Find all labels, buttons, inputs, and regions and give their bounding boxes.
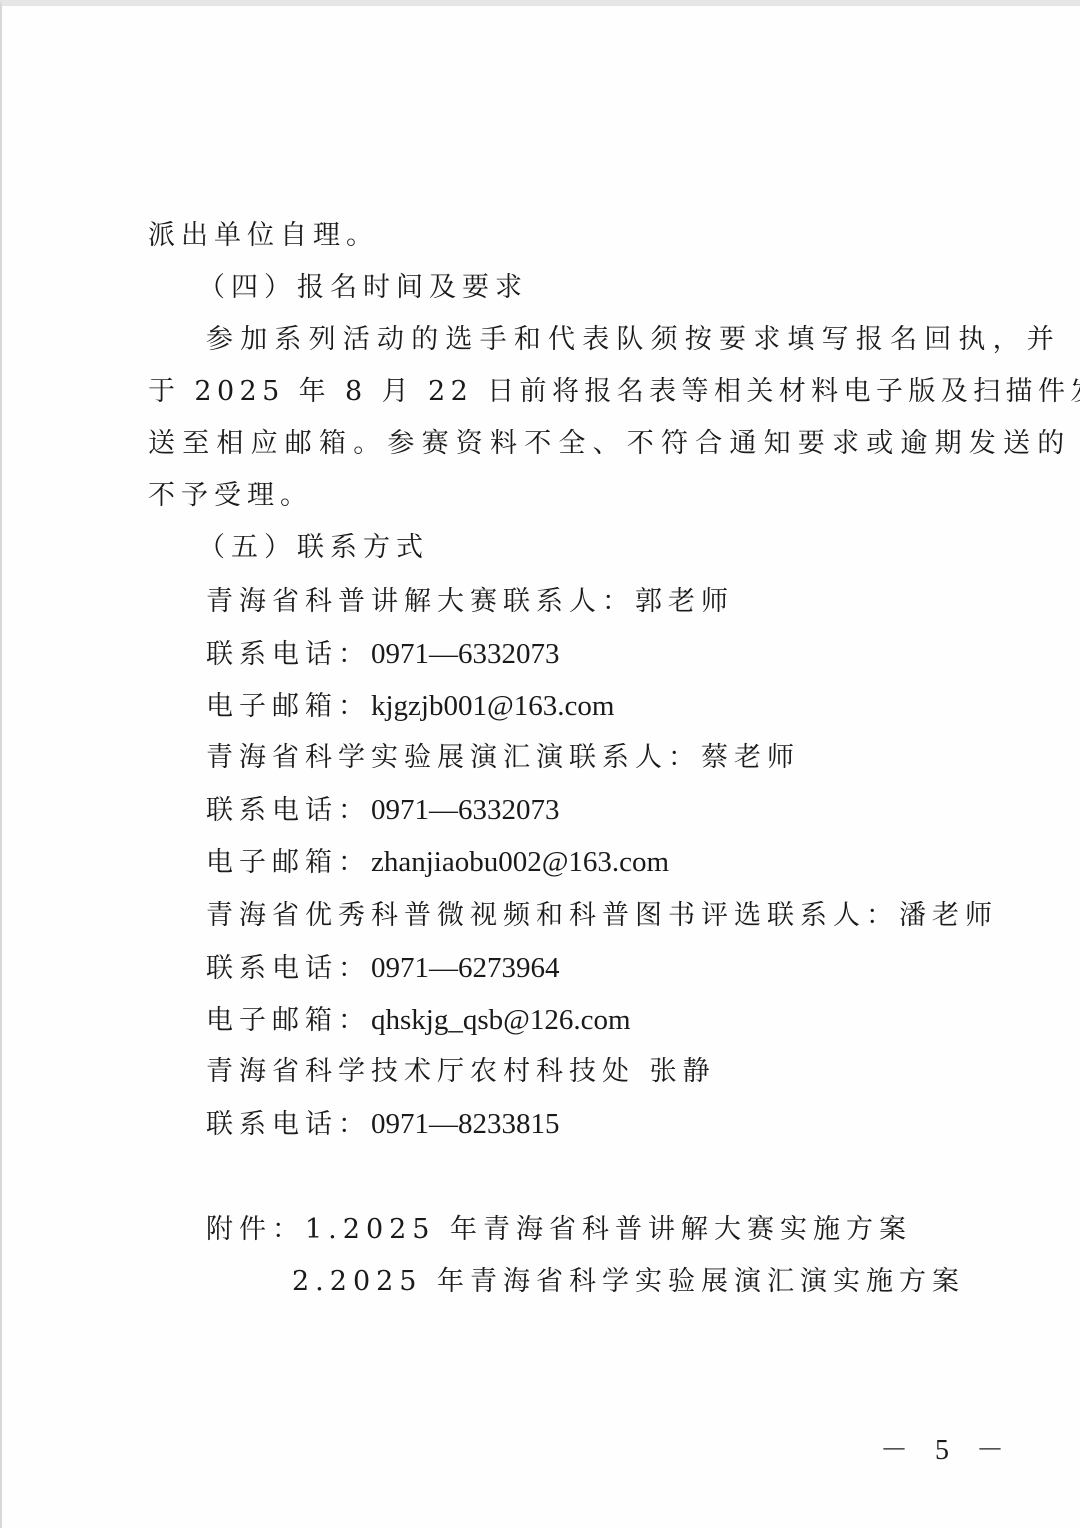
- contact-4-phone: 0971—8233815: [371, 1108, 560, 1140]
- contact-4-phone-label: 联系电话：: [206, 1109, 371, 1140]
- attachment-item-1: 1.2025 年青海省科普讲解大赛实施方案: [305, 1214, 912, 1245]
- attachment-item-2: 2.2025 年青海省科学实验展演汇演实施方案: [292, 1264, 965, 1300]
- section-4-paragraph-line-3: 送至相应邮箱。参赛资料不全、不符合通知要求或逾期发送的: [148, 426, 1071, 462]
- section-4-paragraph-line-4: 不予受理。: [148, 478, 313, 514]
- attachments-label: 附件：: [206, 1214, 305, 1245]
- contact-2-phone-row: 联系电话：0971—6332073: [206, 792, 560, 829]
- contact-1-email-row: 电子邮箱：kjgzjb001@163.com: [206, 688, 614, 725]
- contact-1-email: kjgzjb001@163.com: [371, 690, 614, 722]
- contact-1-email-label: 电子邮箱：: [206, 691, 371, 722]
- continuation-text: 派出单位自理。: [148, 218, 379, 254]
- contact-1-phone-label: 联系电话：: [206, 639, 371, 670]
- contact-1-label: 青海省科普讲解大赛联系人：郭老师: [206, 584, 734, 620]
- contact-1-phone-row: 联系电话：0971—6332073: [206, 636, 560, 673]
- contact-3-phone-row: 联系电话：0971—6273964: [206, 950, 560, 987]
- contact-3-phone: 0971—6273964: [371, 952, 560, 984]
- contact-3-email-label: 电子邮箱：: [206, 1005, 371, 1036]
- section-4-paragraph-line-2: 于 2025 年 8 月 22 日前将报名表等相关材料电子版及扫描件发: [148, 374, 1080, 410]
- contact-2-label: 青海省科学实验展演汇演联系人：蔡老师: [206, 740, 800, 776]
- section-4-heading: （四）报名时间及要求: [198, 270, 528, 306]
- contact-3-label: 青海省优秀科普微视频和科普图书评选联系人：潘老师: [206, 898, 998, 934]
- section-5-heading: （五）联系方式: [198, 530, 429, 566]
- contact-2-email-label: 电子邮箱：: [206, 847, 371, 878]
- contact-2-phone: 0971—6332073: [371, 794, 560, 826]
- section-4-paragraph-line-1: 参加系列活动的选手和代表队须按要求填写报名回执，并: [206, 322, 1061, 358]
- contact-3-phone-label: 联系电话：: [206, 953, 371, 984]
- contact-3-email: qhskjg_qsb@126.com: [371, 1004, 631, 1036]
- document-page: 派出单位自理。 （四）报名时间及要求 参加系列活动的选手和代表队须按要求填写报名…: [0, 0, 1080, 1528]
- contact-2-email: zhanjiaobu002@163.com: [371, 846, 669, 878]
- contact-2-email-row: 电子邮箱：zhanjiaobu002@163.com: [206, 844, 669, 881]
- contact-4-label: 青海省科学技术厅农村科技处 张静: [206, 1054, 716, 1090]
- contact-3-email-row: 电子邮箱：qhskjg_qsb@126.com: [206, 1002, 631, 1039]
- contact-2-phone-label: 联系电话：: [206, 795, 371, 826]
- contact-1-phone: 0971—6332073: [371, 638, 560, 670]
- page-number: － 5 －: [880, 1428, 1014, 1468]
- contact-4-phone-row: 联系电话：0971—8233815: [206, 1106, 560, 1143]
- attachments-row-1: 附件：1.2025 年青海省科普讲解大赛实施方案: [206, 1212, 912, 1248]
